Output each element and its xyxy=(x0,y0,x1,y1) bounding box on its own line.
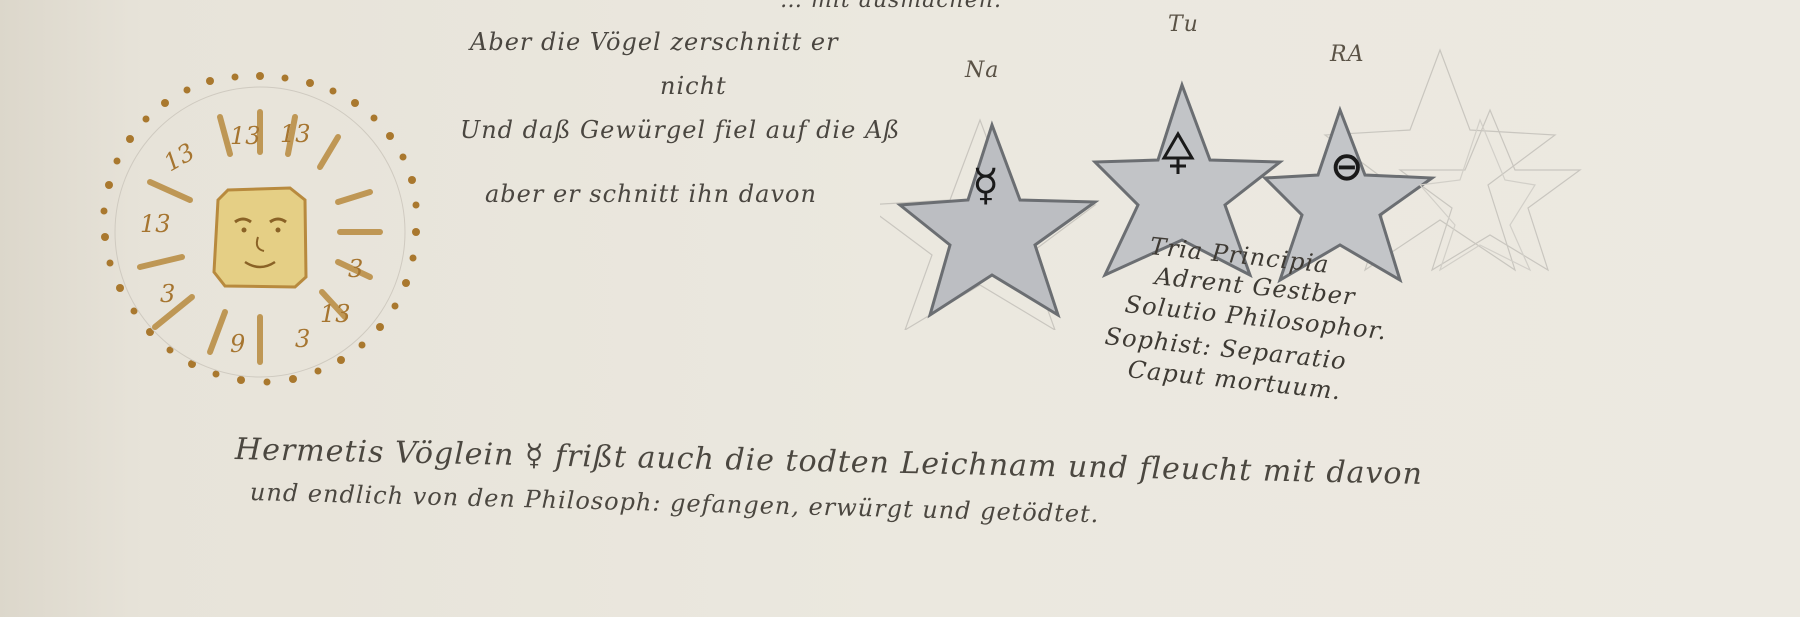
bottom-line-2: und endlich von den Philosoph: gefangen,… xyxy=(250,478,1100,528)
verse-line-1: Aber die Vögel zerschnitt er xyxy=(470,28,839,56)
svg-text:9: 9 xyxy=(230,330,245,358)
star-na-icon xyxy=(900,125,1095,315)
svg-text:13: 13 xyxy=(230,122,261,150)
svg-text:13: 13 xyxy=(280,120,311,148)
verse-line-2: nicht xyxy=(660,72,727,100)
star-label-tu: Tu xyxy=(1168,12,1199,37)
sun-emblem-icon: 13 13 13 13 3 3 9 3 13 xyxy=(100,72,420,392)
top-fragment-text: … mit ausmachen. xyxy=(780,0,1002,13)
svg-text:13: 13 xyxy=(159,138,199,178)
sulfur-symbol-icon xyxy=(1158,128,1198,187)
mercury-symbol-icon: ☿ xyxy=(972,160,999,211)
salt-symbol-icon: ⊖ xyxy=(1330,144,1364,190)
star-label-na: Na xyxy=(965,58,999,83)
svg-text:13: 13 xyxy=(140,210,171,238)
svg-text:3: 3 xyxy=(348,255,363,283)
svg-text:3: 3 xyxy=(295,325,310,353)
manuscript-page: … mit ausmachen. Aber die Vögel zerschni… xyxy=(0,0,1800,617)
verse-line-4: aber er schnitt ihn davon xyxy=(485,180,817,208)
star-label-ra: RA xyxy=(1330,42,1364,67)
svg-text:3: 3 xyxy=(160,280,175,308)
verse-line-3: Und daß Gewürgel fiel auf die Aß xyxy=(460,116,900,144)
svg-text:13: 13 xyxy=(320,300,351,328)
